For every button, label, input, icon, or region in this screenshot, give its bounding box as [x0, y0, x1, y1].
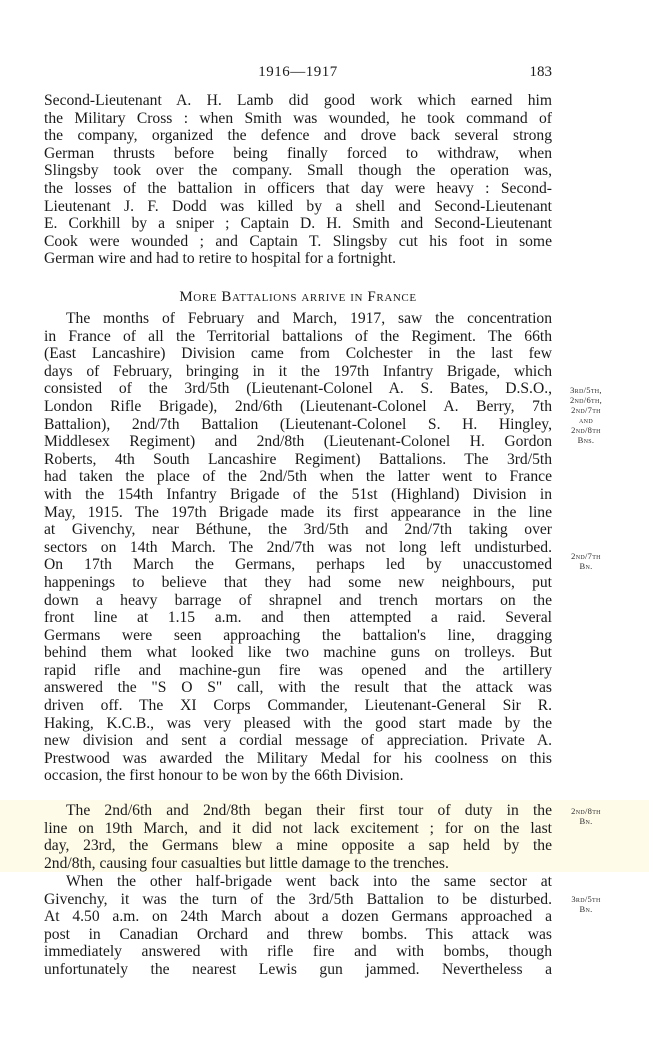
text-line: front line at 1.15 a.m. and then attempt…: [44, 609, 552, 627]
text-line: day, 23rd, the Germans blew a mine oppos…: [44, 837, 552, 855]
text-line: When the other half-brigade went back in…: [44, 873, 552, 891]
text-line: driven off. The XI Corps Commander, Lieu…: [44, 697, 552, 715]
text-line: unfortunately the nearest Lewis gun jamm…: [44, 961, 552, 979]
text-line: the losses of the battalion in officers …: [44, 180, 552, 198]
paragraph-givenchy: When the other half-brigade went back in…: [44, 873, 552, 979]
text-line: had taken the place of the 2nd/5th when …: [44, 468, 552, 486]
text-line: new division and sent a cordial message …: [44, 732, 552, 750]
text-line: in France of all the Territorial battali…: [44, 328, 552, 346]
text-line: sectors on 14th March. The 2nd/7th was n…: [44, 539, 552, 557]
paragraph-continuation: Second-Lieutenant A. H. Lamb did good wo…: [44, 92, 552, 268]
text-line: days of February, bringing in it the 197…: [44, 363, 552, 381]
text-line: Prestwood was awarded the Military Medal…: [44, 750, 552, 768]
text-line: At 4.50 a.m. on 24th March about a dozen…: [44, 908, 552, 926]
text-line: May, 1915. The 197th Brigade made its fi…: [44, 504, 552, 522]
running-head: 1916—1917 183: [44, 64, 552, 84]
text-line: post in Canadian Orchard and threw bombs…: [44, 926, 552, 944]
text-line: consisted of the 3rd/5th (Lieutenant-Col…: [44, 380, 552, 398]
text-line: Middlesex Regiment) and 2nd/8th (Lieuten…: [44, 433, 552, 451]
text-line: Haking, K.C.B., was very pleased with th…: [44, 715, 552, 733]
text-line: Slingsby took over the company. Small th…: [44, 162, 552, 180]
margin-note-3rd-5th: 3rd/5th Bn.: [554, 894, 618, 914]
text-line: London Rifle Brigade), 2nd/6th (Lieutena…: [44, 398, 552, 416]
text-line: happenings to believe that they had some…: [44, 574, 552, 592]
book-page: 1916—1917 183 Second-Lieutenant A. H. La…: [0, 0, 649, 1048]
text-line: Germans were seen approaching the battal…: [44, 627, 552, 645]
text-line: Second-Lieutenant A. H. Lamb did good wo…: [44, 92, 552, 110]
text-line: the Military Cross : when Smith was woun…: [44, 110, 552, 128]
paragraph-more-battalions: The months of February and March, 1917, …: [44, 310, 552, 785]
text-line: Givenchy, it was the turn of the 3rd/5th…: [44, 891, 552, 909]
text-line: immediately answered with rifle fire and…: [44, 943, 552, 961]
text-line: with the 154th Infantry Brigade of the 5…: [44, 486, 552, 504]
text-line: behind them what looked like two machine…: [44, 644, 552, 662]
text-line: German wire and had to retire to hospita…: [44, 250, 552, 268]
text-line: Cook were wounded ; and Captain T. Sling…: [44, 233, 552, 251]
text-line: E. Corkhill by a sniper ; Captain D. H. …: [44, 215, 552, 233]
text-line: Roberts, 4th South Lancashire Regiment) …: [44, 451, 552, 469]
running-head-title: 1916—1917: [44, 64, 552, 81]
text-line: (East Lancashire) Division came from Col…: [44, 345, 552, 363]
text-line: rapid rifle and machine-gun fire was ope…: [44, 662, 552, 680]
text-line: Lieutenant J. F. Dodd was killed by a sh…: [44, 198, 552, 216]
margin-note-battalions: 3rd/5th, 2nd/6th, 2nd/7th and 2nd/8th Bn…: [554, 385, 618, 445]
section-heading: More Battalions arrive in France: [44, 286, 552, 308]
text-line: German thrusts before being finally forc…: [44, 145, 552, 163]
text-line: the company, organized the defence and d…: [44, 127, 552, 145]
text-line: down a heavy barrage of shrapnel and tre…: [44, 592, 552, 610]
text-line: The months of February and March, 1917, …: [44, 310, 552, 328]
text-line: 2nd/8th, causing four casualties but lit…: [44, 855, 552, 873]
text-line: occasion, the first honour to be won by …: [44, 767, 552, 785]
text-line: On 17th March the Germans, perhaps led b…: [44, 556, 552, 574]
text-line: The 2nd/6th and 2nd/8th began their firs…: [44, 802, 552, 820]
text-line: answered the "S O S" call, with the resu…: [44, 679, 552, 697]
highlighted-paragraph: The 2nd/6th and 2nd/8th began their firs…: [44, 802, 552, 872]
page-number: 183: [530, 64, 553, 81]
margin-note-2nd-8th: 2nd/8th Bn.: [554, 806, 618, 826]
margin-note-2nd-7th: 2nd/7th Bn.: [554, 551, 618, 571]
text-line: line on 19th March, and it did not lack …: [44, 820, 552, 838]
text-line: at Givenchy, near Béthune, the 3rd/5th a…: [44, 521, 552, 539]
text-line: Battalion), 2nd/7th Battalion (Lieutenan…: [44, 416, 552, 434]
